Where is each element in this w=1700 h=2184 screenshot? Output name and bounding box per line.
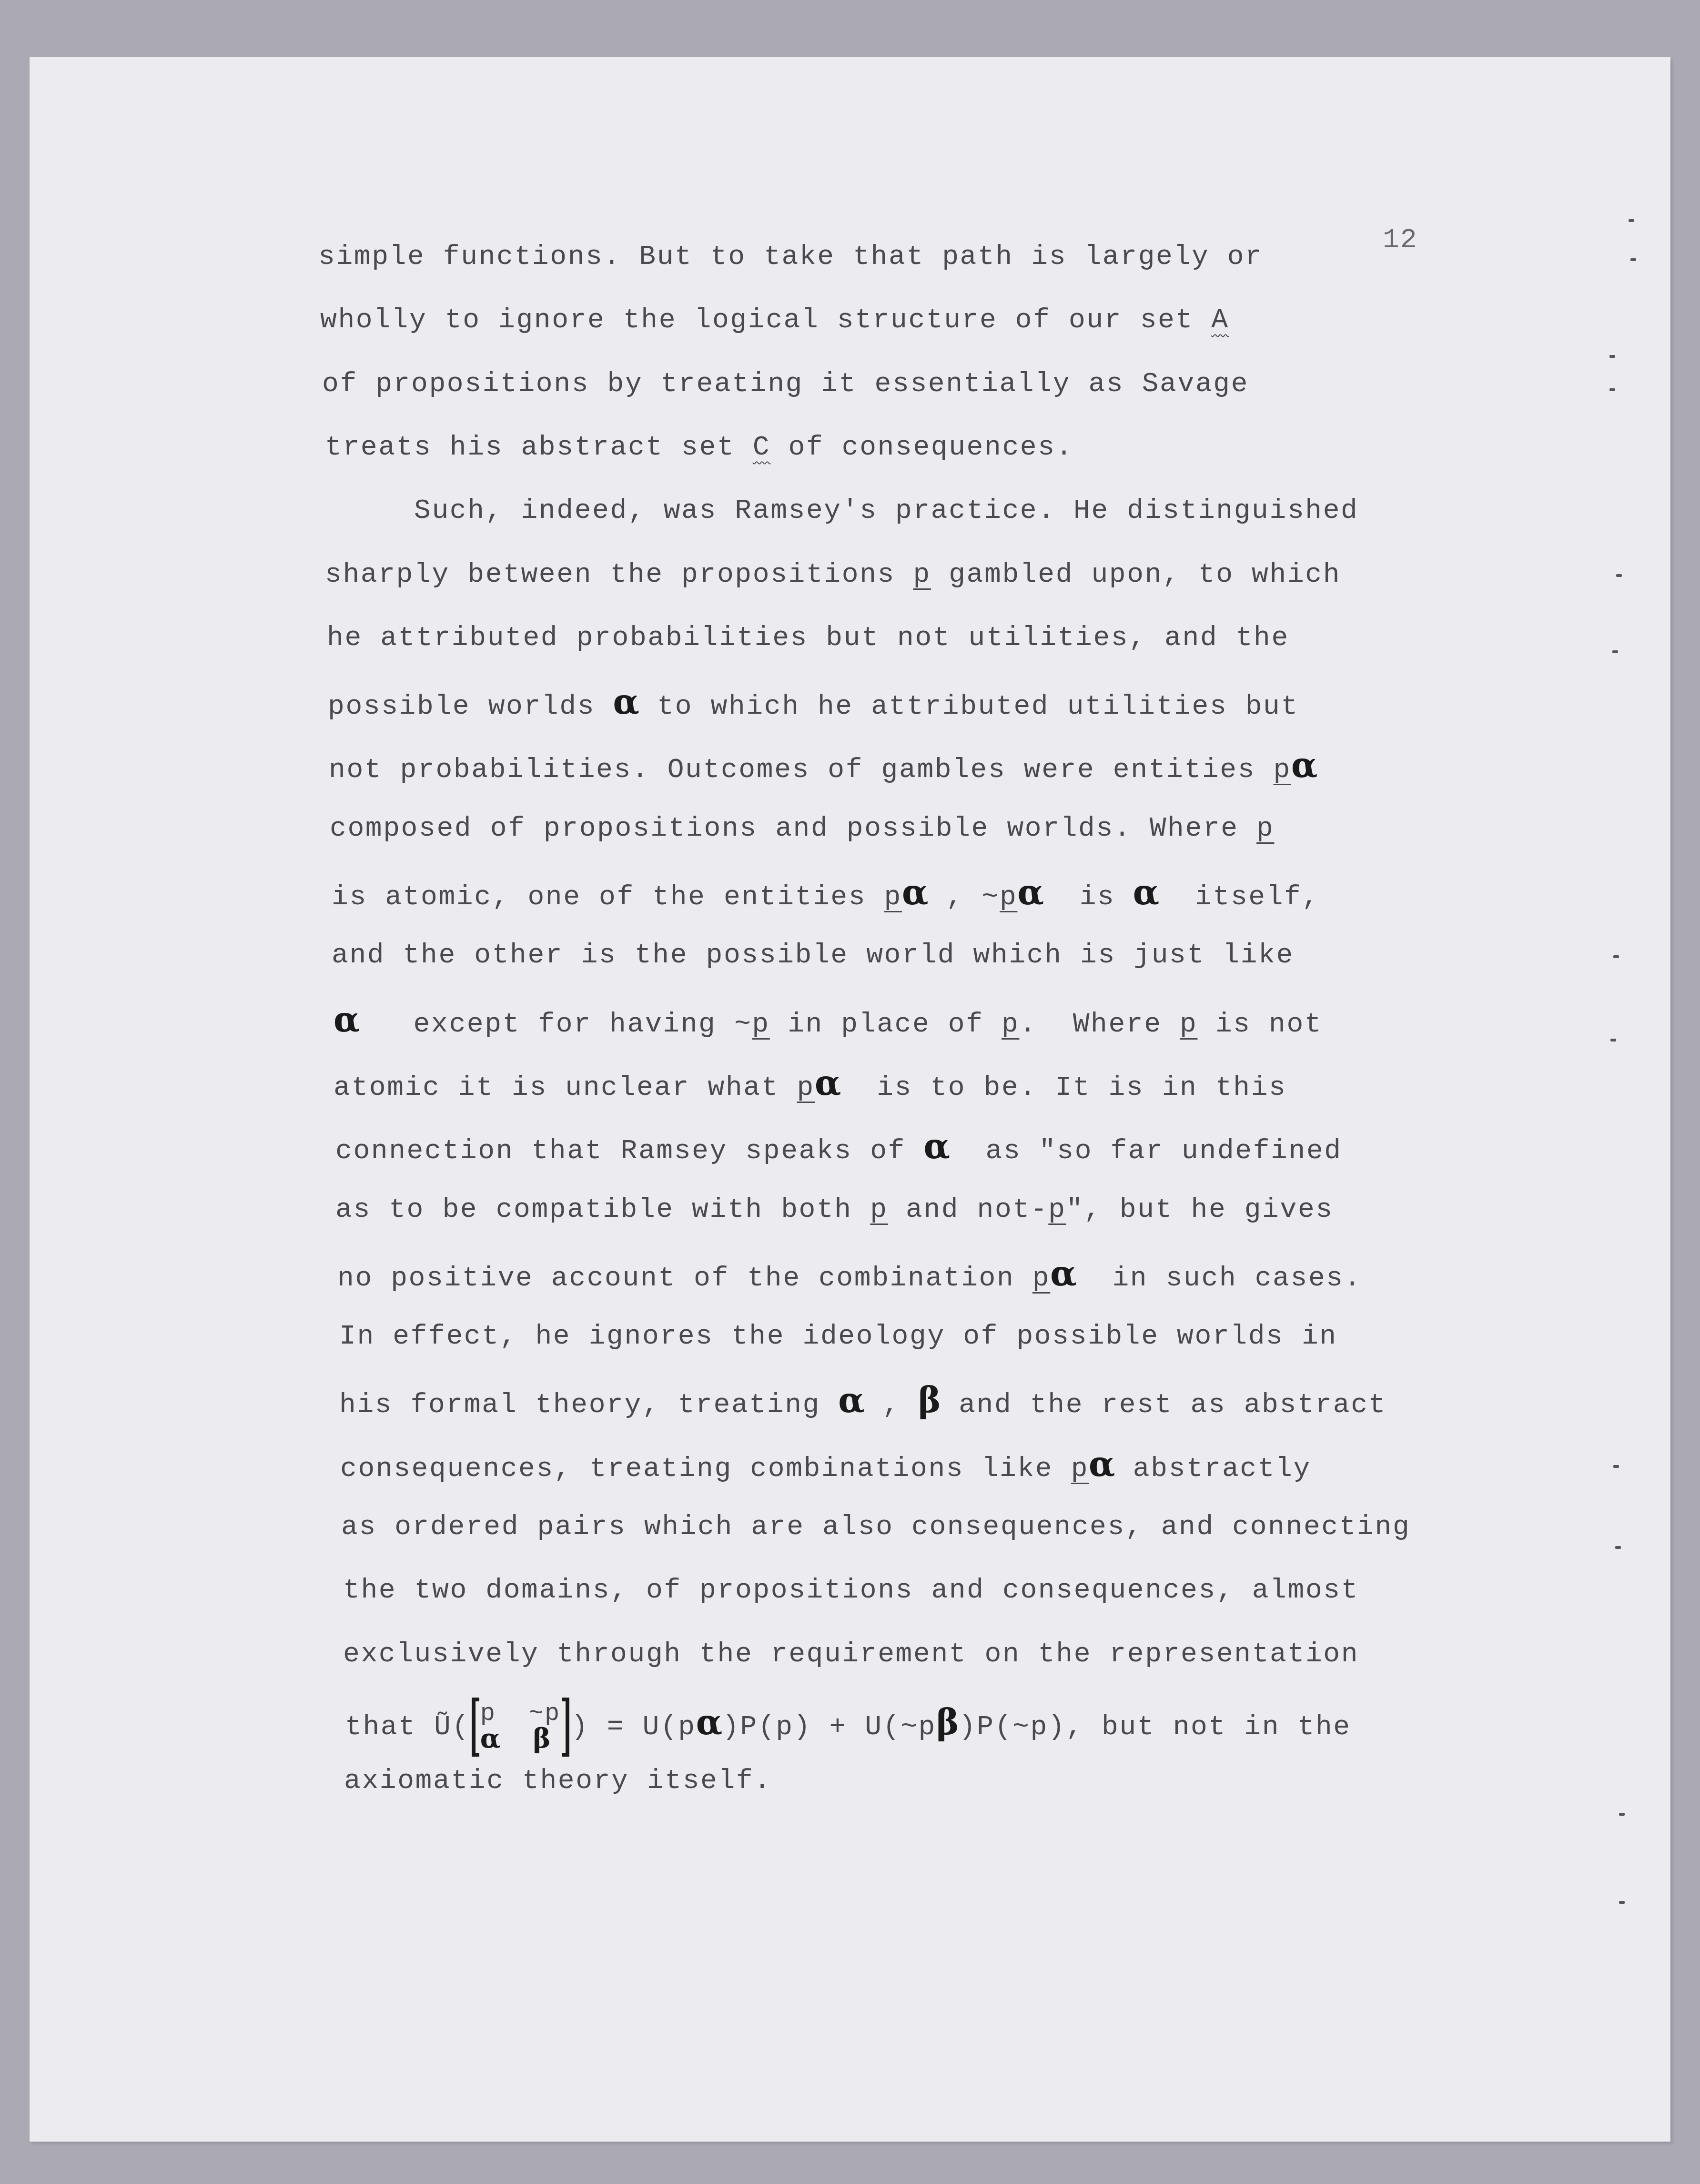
text-run: the two domains, of propositions and con… <box>343 1575 1359 1606</box>
underlined-variable: p <box>1180 1009 1197 1040</box>
formula-text: that Ũ( <box>345 1712 470 1743</box>
text-line: treats his abstract set C of consequence… <box>325 431 1073 465</box>
underlined-variable: p <box>913 559 931 590</box>
margin-mark <box>1616 574 1622 577</box>
alpha-symbol: α <box>613 681 639 722</box>
text-line: the two domains, of propositions and con… <box>343 1574 1359 1608</box>
formula-text: )P(p) + U(~p <box>722 1712 936 1743</box>
text-line: In effect, he ignores the ideology of po… <box>339 1320 1337 1354</box>
text-run: except for having ~ <box>360 1009 752 1040</box>
text-line: as to be compatible with both p and not-… <box>335 1193 1334 1227</box>
margin-mark <box>1619 1901 1625 1904</box>
text-run: , ~ <box>928 882 1000 913</box>
page-number: 12 <box>1383 225 1418 256</box>
alpha-symbol: α <box>334 999 360 1040</box>
alpha-symbol: α <box>1133 872 1159 912</box>
underlined-variable: p <box>1274 755 1291 786</box>
underlined-variable: p <box>884 882 902 913</box>
text-run: Such, indeed, was Ramsey's practice. He … <box>325 495 1359 526</box>
text-line: is atomic, one of the entities pα , ~pα … <box>332 876 1320 914</box>
text-line: connection that Ramsey speaks of α as "s… <box>335 1130 1342 1168</box>
text-run: itself, <box>1159 882 1320 913</box>
text-line: of propositions by treating it essential… <box>322 368 1249 401</box>
underlined-variable: p <box>1048 1194 1066 1225</box>
text-run: as ordered pairs which are also conseque… <box>341 1512 1410 1543</box>
alpha-symbol: α <box>696 1702 722 1742</box>
margin-mark <box>1613 955 1619 958</box>
text-line: atomic it is unclear what pα is to be. I… <box>334 1066 1287 1105</box>
text-run: as "so far undefined <box>950 1136 1342 1167</box>
alpha-symbol: α <box>815 1062 841 1103</box>
text-run: atomic it is unclear what <box>334 1072 797 1103</box>
text-run: to which he attributed utilities but <box>639 691 1299 722</box>
alpha-symbol: α <box>902 872 928 912</box>
text-run: is atomic, one of the entities <box>332 882 884 913</box>
margin-mark <box>1610 1039 1616 1041</box>
text-line: α except for having ~p in place of p. Wh… <box>334 1003 1322 1041</box>
text-run: simple functions. But to take that path … <box>318 242 1263 273</box>
text-line: possible worlds α to which he attributed… <box>328 685 1299 724</box>
underlined-variable: p <box>1000 882 1017 913</box>
text-line: Such, indeed, was Ramsey's practice. He … <box>325 495 1359 528</box>
margin-mark <box>1619 1813 1625 1816</box>
beta-symbol: β <box>936 1702 959 1742</box>
text-line: as ordered pairs which are also conseque… <box>341 1511 1410 1544</box>
text-run: possible worlds <box>328 691 613 722</box>
text-run: is not <box>1198 1009 1323 1040</box>
set-symbol: C <box>753 432 770 463</box>
text-run: is <box>1044 882 1133 913</box>
text-line: his formal theory, treating α , β and th… <box>339 1384 1386 1422</box>
text-run: sharply between the propositions <box>325 559 913 590</box>
underlined-variable: p <box>1002 1009 1019 1040</box>
text-line: he attributed probabilities but not util… <box>327 622 1289 655</box>
alpha-symbol: α <box>838 1380 864 1420</box>
text-run: exclusively through the requirement on t… <box>343 1639 1359 1670</box>
text-run: gambled upon, to which <box>931 559 1341 590</box>
text-line: consequences, treating combinations like… <box>340 1447 1311 1486</box>
text-run: , <box>865 1390 918 1421</box>
text-line: no positive account of the combination p… <box>337 1257 1362 1295</box>
margin-mark <box>1609 388 1615 391</box>
text-run: wholly to ignore the logical structure o… <box>320 305 1211 336</box>
formula-line: that Ũ(p ~pα β) = U(pα)P(p) + U(~pβ)P(~p… <box>345 1701 1351 1753</box>
text-run: no positive account of the combination <box>337 1263 1032 1294</box>
text-run: abstractly <box>1115 1454 1311 1485</box>
alpha-symbol: α <box>1050 1253 1076 1294</box>
set-symbol: A <box>1211 305 1229 336</box>
margin-mark <box>1630 258 1636 261</box>
formula-text: )P(~p), but not in the <box>959 1712 1351 1743</box>
text-line: sharply between the propositions p gambl… <box>325 558 1341 592</box>
margin-mark <box>1613 1465 1619 1468</box>
text-run: connection that Ramsey speaks of <box>335 1136 923 1167</box>
text-run: and not- <box>888 1194 1049 1225</box>
text-run: and the other is the possible world whic… <box>332 940 1294 971</box>
text-line: axiomatic theory itself. <box>344 1765 772 1798</box>
text-run: treats his abstract set <box>325 432 753 463</box>
text-line: simple functions. But to take that path … <box>318 241 1263 274</box>
underlined-variable: p <box>1256 813 1274 844</box>
text-run: composed of propositions and possible wo… <box>330 813 1256 844</box>
text-run: is to be. It is in this <box>841 1072 1286 1103</box>
text-line: wholly to ignore the logical structure o… <box>320 304 1229 337</box>
text-run: in place of <box>770 1009 1002 1040</box>
alpha-symbol: α <box>1291 745 1317 785</box>
text-run: . Where <box>1019 1009 1180 1040</box>
text-run: of consequences. <box>770 432 1073 463</box>
text-line: not probabilities. Outcomes of gambles w… <box>329 748 1317 787</box>
text-run: of propositions by treating it essential… <box>322 369 1249 400</box>
alpha-symbol: α <box>923 1126 950 1166</box>
text-run: In effect, he ignores the ideology of po… <box>339 1321 1337 1352</box>
text-run: ", but he gives <box>1066 1194 1334 1225</box>
text-line: exclusively through the requirement on t… <box>343 1638 1359 1671</box>
underlined-variable: p <box>797 1072 815 1103</box>
underlined-variable: p <box>752 1009 769 1040</box>
alpha-symbol: α <box>1089 1444 1115 1484</box>
text-run: consequences, treating combinations like <box>340 1454 1071 1485</box>
underlined-variable: p <box>870 1194 888 1225</box>
text-run: and the rest as abstract <box>941 1390 1386 1421</box>
formula-text: ) = U(p <box>571 1712 696 1743</box>
text-line: composed of propositions and possible wo… <box>330 812 1275 846</box>
text-run: axiomatic theory itself. <box>344 1766 772 1797</box>
text-run: in such cases. <box>1077 1263 1362 1294</box>
text-run: as to be compatible with both <box>335 1194 870 1225</box>
underlined-variable: p <box>1071 1454 1089 1485</box>
margin-mark <box>1609 355 1615 358</box>
margin-mark <box>1629 219 1634 222</box>
underlined-variable: p <box>1032 1263 1050 1294</box>
alpha-symbol: α <box>1017 872 1043 912</box>
margin-mark <box>1612 650 1618 653</box>
text-line: and the other is the possible world whic… <box>332 939 1294 972</box>
gamble-matrix: p ~pα β <box>472 1701 569 1753</box>
text-run: he attributed probabilities but not util… <box>327 623 1289 654</box>
text-run: his formal theory, treating <box>339 1390 838 1421</box>
margin-mark <box>1615 1546 1621 1549</box>
text-run: not probabilities. Outcomes of gambles w… <box>329 755 1274 786</box>
beta-symbol: β <box>918 1380 941 1420</box>
